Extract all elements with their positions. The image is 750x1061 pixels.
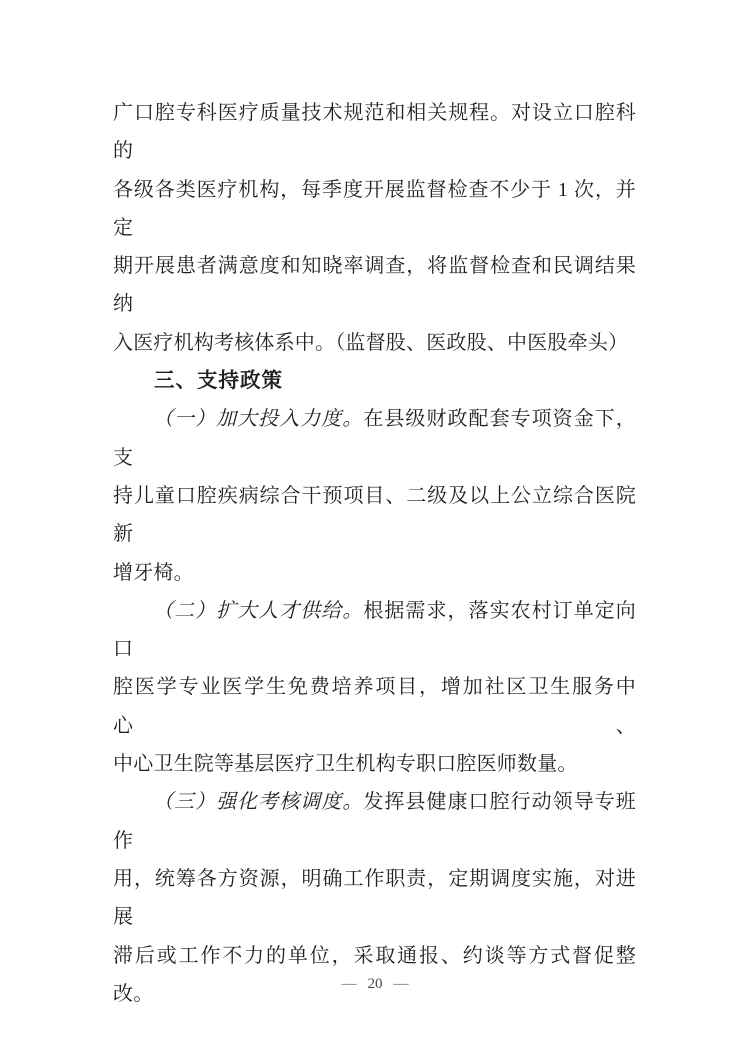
- document-page: 广口腔专科医疗质量技术规范和相关规程。对设立口腔科的 各级各类医疗机构，每季度开…: [0, 0, 750, 1061]
- paragraph-4-line-1: （三）强化考核调度。发挥县健康口腔行动领导专班作: [113, 783, 636, 860]
- paragraph-3-line-3: 中心卫生院等基层医疗卫生机构专职口腔医师数量。: [113, 745, 636, 783]
- paragraph-3-line-1: （二）扩大人才供给。根据需求，落实农村订单定向口: [113, 592, 636, 669]
- paragraph-1-line-3: 期开展患者满意度和知晓率调查，将监督检查和民调结果纳: [113, 247, 636, 324]
- paragraph-1-line-1: 广口腔专科医疗质量技术规范和相关规程。对设立口腔科的: [113, 94, 636, 171]
- paragraph-4-lead: （三）强化考核调度。: [153, 791, 363, 813]
- paragraph-2-line-2: 持儿童口腔疾病综合干预项目、二级及以上公立综合医院新: [113, 477, 636, 554]
- section-heading: 三、支持政策: [113, 362, 636, 400]
- paragraph-4-line-2: 用，统筹各方资源，明确工作职责，定期调度实施，对进展: [113, 860, 636, 937]
- paragraph-2-line-1: （一）加大投入力度。在县级财政配套专项资金下，支: [113, 400, 636, 477]
- page-number: 20: [359, 976, 392, 992]
- footer-dash-right: —: [392, 976, 411, 992]
- document-body: 广口腔专科医疗质量技术规范和相关规程。对设立口腔科的 各级各类医疗机构，每季度开…: [113, 94, 636, 1013]
- page-footer: —20—: [0, 974, 750, 994]
- paragraph-2-lead: （一）加大投入力度。: [153, 408, 363, 430]
- paragraph-3-line-2: 腔医学专业医学生免费培养项目，增加社区卫生服务中心、: [113, 668, 636, 745]
- footer-dash-left: —: [340, 976, 359, 992]
- paragraph-3-lead: （二）扩大人才供给。: [153, 600, 363, 622]
- paragraph-1-line-4: 入医疗机构考核体系中。（监督股、医政股、中医股牵头）: [113, 324, 636, 362]
- paragraph-2-line-3: 增牙椅。: [113, 554, 636, 592]
- paragraph-1-line-2: 各级各类医疗机构，每季度开展监督检查不少于 1 次，并定: [113, 171, 636, 248]
